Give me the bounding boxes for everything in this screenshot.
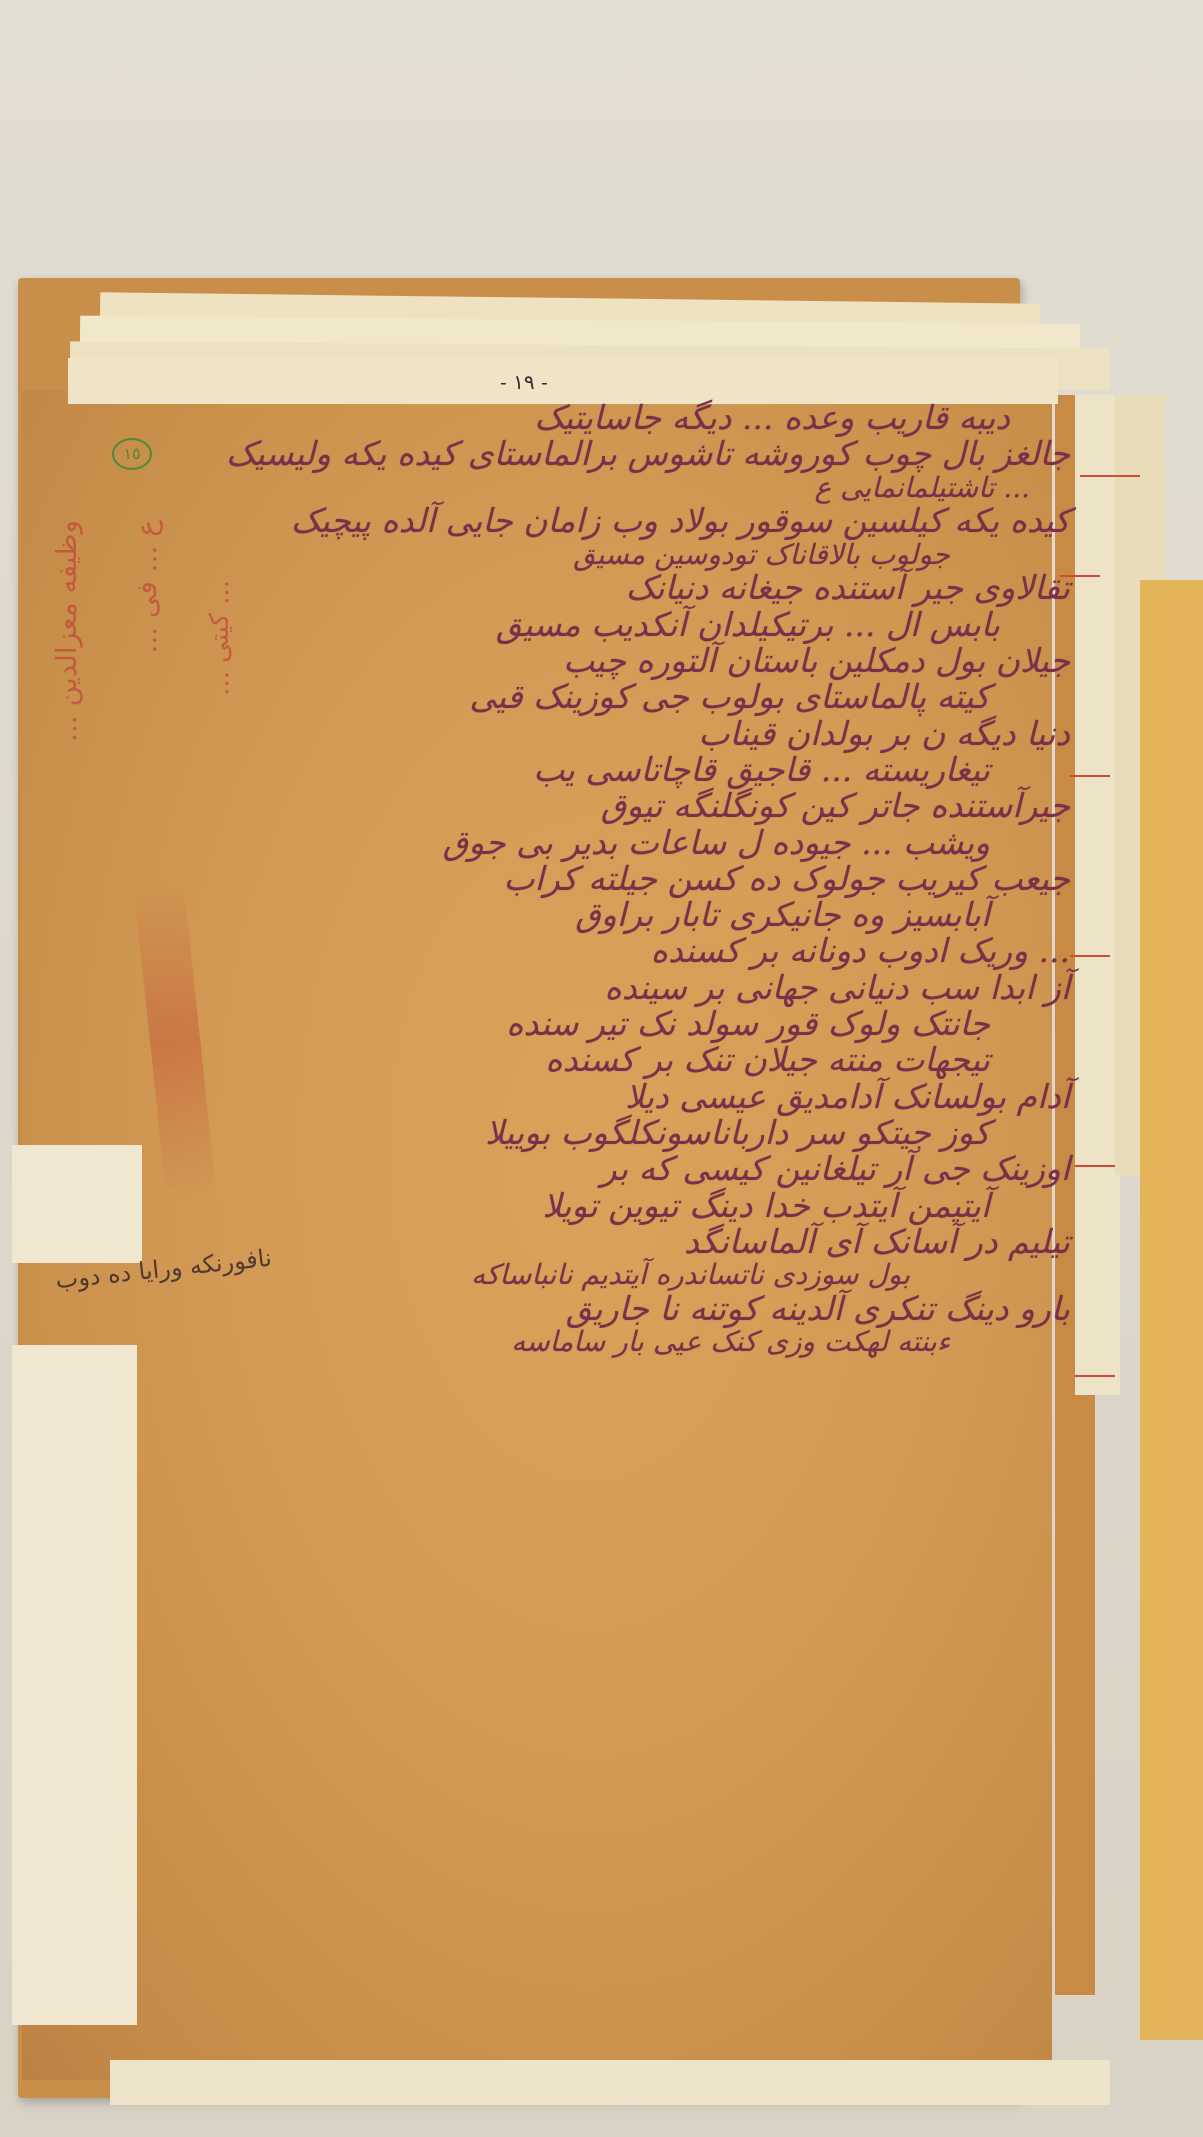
text-line: کیته پالماستای بولوب جی کوزینک قیی xyxy=(290,679,990,715)
text-line: دیبه قاریب وعده ... دیگه جاسایتیک xyxy=(290,400,1010,436)
text-line: کیده یکه کیلسین سوقور بولاد وب زامان جای… xyxy=(290,503,1070,539)
text-line: جیرآستنده جاتر کین کونگلنگه تیوق xyxy=(290,788,1070,824)
red-tick xyxy=(1075,1375,1115,1377)
text-line: کوز جیتکو سر دارباناسونکلگوب بوییلا xyxy=(290,1115,990,1151)
margin-line: وظیفه معزالدین ... xyxy=(50,520,83,742)
text-line: دنیا دیگه ن بر بولدان قیناب xyxy=(290,716,1070,752)
text-line: تیغاریسته ... قاجیق قاچاتاسی یب xyxy=(290,752,990,788)
red-tick xyxy=(1075,1165,1115,1167)
margin-line: ع ... فی ... xyxy=(130,520,163,654)
folio-mark: ١٥ xyxy=(112,438,152,470)
page-number: - ١٩ - xyxy=(500,370,548,394)
strip xyxy=(1075,395,1120,1395)
text-line: بول سوزدی ناتساندره آیتدیم نانباساکه xyxy=(290,1260,910,1291)
margin-line: ... کیتی ... xyxy=(205,580,235,696)
text-line: جولوب بالاقاناک تودوسین مسیق xyxy=(290,540,950,571)
repair-tape xyxy=(12,1345,137,2025)
text-line: آیتیمن آیتدب خدا دینگ تیوین تویلا xyxy=(290,1188,990,1224)
text-line: اوزینک جی آر تیلغانین کیسی که بر xyxy=(290,1151,1070,1187)
text-line: جانتک ولوک قور سولد نک تیر سنده xyxy=(290,1006,990,1042)
bottom-backing-strip xyxy=(110,2060,1110,2105)
text-line: ءبنته لهکت وزی کنک عیی بار ساماسه xyxy=(290,1327,950,1358)
red-tick xyxy=(1080,475,1140,477)
text-line: آز ابدا سب دنیانی جهانی بر سینده xyxy=(290,970,1070,1006)
text-line: ... وریک ادوب دونانه بر کسنده xyxy=(290,933,1070,969)
text-line: جالغز بال چوب کوروشه تاشوس برالماستای کی… xyxy=(290,436,1070,472)
text-line: آبابسیز وه جانیکری تابار براوق xyxy=(290,897,990,933)
text-line: تیلیم در آسانک آی آلماسانگد xyxy=(290,1224,1070,1260)
text-line: ... تاشتیلمانمایی ع xyxy=(290,473,1030,504)
text-line: تقالاوی جیر آستنده جیغانه دنیانک xyxy=(290,570,1070,606)
red-tick xyxy=(1070,775,1110,777)
text-line: جیلان بول دمکلین باستان آلتوره چیب xyxy=(290,643,1070,679)
text-line: جیعب کیریب جولوک ده کسن جیلته کراب xyxy=(290,861,1070,897)
main-text: دیبه قاریب وعده ... دیگه جاسایتیک جالغز … xyxy=(290,400,1070,1358)
red-tick xyxy=(1070,955,1110,957)
text-line: آدام بولسانک آدامدیق عیسی دیلا xyxy=(290,1079,1070,1115)
text-line: بارو دینگ تنکری آلدینه کوتنه نا جاریق xyxy=(290,1291,1070,1327)
text-line: ویشب ... جیوده ل ساعات بدیر بی جوق xyxy=(290,825,990,861)
text-line: بابس ال ... برتیکیلدان آنکدیب مسیق xyxy=(290,607,1000,643)
text-line: تیجهات منته جیلان تنک بر کسنده xyxy=(290,1042,990,1078)
underlying-yellow-sheet xyxy=(1140,580,1203,2040)
